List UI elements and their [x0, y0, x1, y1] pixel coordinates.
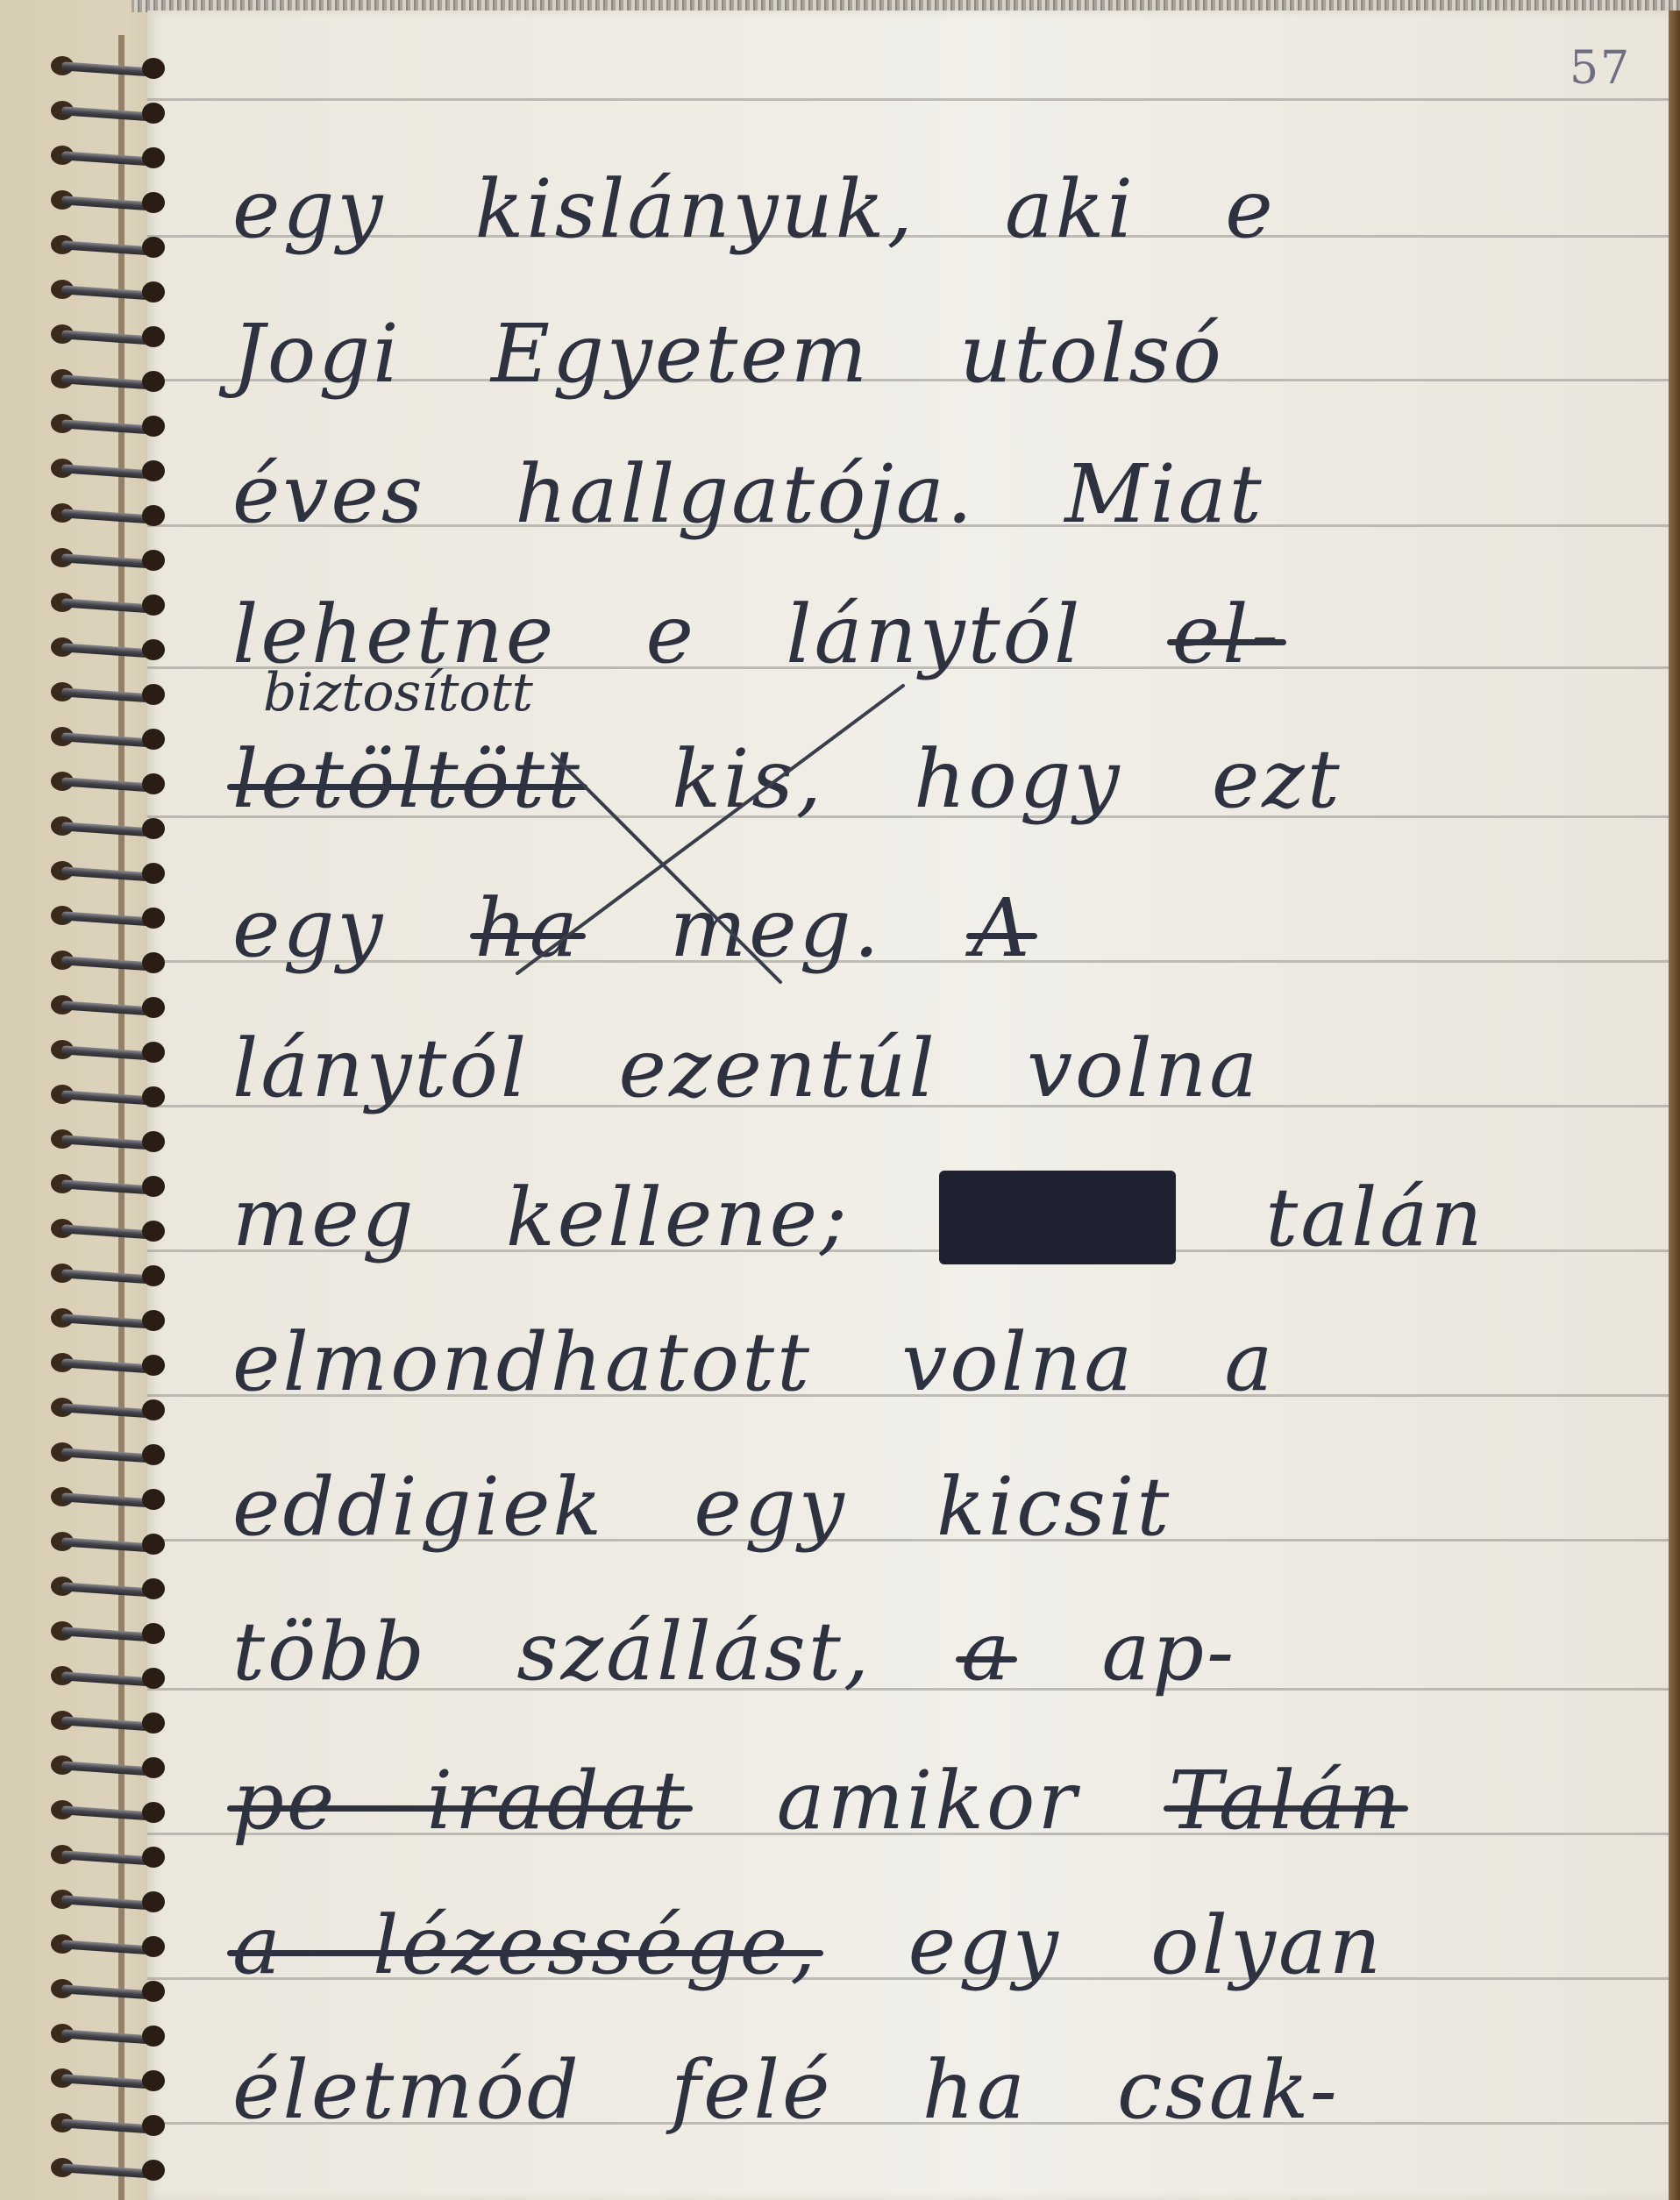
handwritten-line: éves hallgatója. Miat — [232, 447, 1635, 541]
spiral-ring — [44, 634, 175, 669]
handwritten-line: több szállást, a ap- — [232, 1605, 1635, 1698]
word: felé — [671, 2043, 832, 2137]
word: életmód — [232, 2043, 581, 2137]
handwritten-line: egy kislányuk, aki e — [232, 162, 1635, 256]
handwritten-line: lehetne e lánytól el- — [232, 587, 1635, 681]
word: utolsó — [959, 307, 1224, 401]
spiral-ring — [44, 1305, 175, 1340]
spiral-ring — [44, 455, 175, 490]
spiral-ring — [44, 1215, 175, 1250]
word: kis, — [672, 732, 824, 826]
spiral-ring — [44, 2020, 175, 2055]
word: volna — [1027, 1022, 1260, 1115]
word: ha — [922, 2043, 1028, 2137]
spiral-ring — [44, 1081, 175, 1116]
word: a — [1224, 1315, 1275, 1409]
word: egy — [908, 1898, 1061, 1992]
struck-word: a — [961, 1605, 1012, 1698]
spiral-ring — [44, 231, 175, 267]
handwritten-line: Jogi Egyetem utolsó — [232, 307, 1635, 401]
handwritten-line: meg kellene; ■■■ talán — [232, 1171, 1635, 1264]
handwritten-line: életmód felé ha csak- — [232, 2043, 1635, 2137]
desk-edge — [1669, 11, 1680, 2200]
word: ap- — [1101, 1605, 1236, 1698]
word: lánytól — [232, 1022, 529, 1115]
spiral-ring — [44, 1439, 175, 1474]
struck-word: Talán — [1169, 1754, 1404, 1848]
spiral-ring — [44, 545, 175, 580]
word: meg. — [670, 881, 882, 975]
page-number: 57 — [1570, 42, 1631, 95]
spiral-ring — [44, 1573, 175, 1608]
word: olyan — [1150, 1898, 1384, 1992]
spiral-ring — [44, 768, 175, 803]
word: kicsit — [936, 1460, 1171, 1554]
spiral-ring — [44, 187, 175, 222]
spiral-ring — [44, 1707, 175, 1742]
spiral-ring — [44, 1394, 175, 1429]
ruled-line — [147, 98, 1669, 101]
spiral-ring — [44, 679, 175, 714]
handwritten-line: elmondhatott volna a — [232, 1315, 1635, 1409]
struck-word: letöltött — [232, 732, 582, 826]
spiral-ring — [44, 902, 175, 937]
spiral-ring — [44, 410, 175, 445]
spiral-ring — [44, 1126, 175, 1161]
word: kellene; — [506, 1171, 850, 1264]
spiral-ring — [44, 2154, 175, 2189]
word: Egyetem — [491, 307, 870, 401]
spiral-ring — [44, 1528, 175, 1563]
handwritten-line: egy ha meg. A — [232, 881, 1635, 975]
spiral-ring — [44, 142, 175, 177]
spiral-ring — [44, 1752, 175, 1787]
handwritten-line: a lézessége, egy olyan — [232, 1898, 1635, 1992]
word: aki — [1005, 162, 1135, 256]
spiral-ring — [44, 276, 175, 311]
word: lehetne — [232, 587, 556, 681]
struck-word: ha — [475, 881, 580, 975]
word: e — [645, 587, 695, 681]
word: egy — [232, 162, 385, 256]
spiral-ring — [44, 1976, 175, 2011]
word: egy — [232, 881, 385, 975]
spiral-ring — [44, 2110, 175, 2145]
spiral-ring — [44, 589, 175, 624]
spiral-ring — [44, 1886, 175, 1921]
spiral-ring — [44, 97, 175, 132]
notebook-photo: 57 biztosított egy kislányuk, aki e Jogi… — [0, 0, 1680, 2200]
word: hogy — [914, 732, 1122, 826]
spiral-ring — [44, 723, 175, 758]
word: meg — [232, 1171, 416, 1264]
word: ezentúl — [619, 1022, 937, 1115]
word: lánytól — [786, 587, 1082, 681]
spiral-ring — [44, 813, 175, 848]
spiral-ring — [44, 2065, 175, 2100]
word: több — [232, 1605, 427, 1698]
spiral-binding — [44, 53, 175, 2200]
word: volna — [901, 1315, 1135, 1409]
handwritten-line: pe iradat amikor Talán — [232, 1754, 1635, 1848]
spiral-ring — [44, 53, 175, 88]
spiral-ring — [44, 1260, 175, 1295]
spiral-ring — [44, 1797, 175, 1832]
word: egy — [694, 1460, 846, 1554]
spiral-ring — [44, 1662, 175, 1698]
spiral-ring — [44, 366, 175, 401]
word: csak- — [1117, 2043, 1340, 2137]
struck-word: pe iradat — [232, 1754, 687, 1848]
word: kislányuk, — [475, 162, 915, 256]
spiral-ring — [44, 500, 175, 535]
spiral-ring — [44, 321, 175, 356]
word: eddigiek — [232, 1460, 604, 1554]
handwritten-line: letöltött kis, hogy ezt — [232, 732, 1635, 826]
word: amikor — [777, 1754, 1079, 1848]
spiral-ring — [44, 1484, 175, 1519]
word: szállást, — [516, 1605, 872, 1698]
word: e — [1225, 162, 1275, 256]
spiral-ring — [44, 1618, 175, 1653]
struck-word: el- — [1172, 587, 1281, 681]
word: ezt — [1212, 732, 1342, 826]
spiral-ring — [44, 1036, 175, 1072]
spiral-ring — [44, 1349, 175, 1385]
spiral-ring — [44, 858, 175, 893]
word: elmondhatott — [232, 1315, 812, 1409]
spiral-ring — [44, 1931, 175, 1966]
struck-word: a lézessége, — [232, 1898, 818, 1992]
struck-word: A — [972, 881, 1032, 975]
spiral-ring — [44, 992, 175, 1027]
scribbled-out-word: ■■■ — [939, 1171, 1176, 1264]
spiral-ring — [44, 947, 175, 982]
word: éves — [232, 447, 425, 541]
word: hallgatója. — [515, 447, 975, 541]
spiral-ring — [44, 1171, 175, 1206]
spiral-ring — [44, 1841, 175, 1876]
word: Jogi — [232, 307, 402, 401]
word: talán — [1265, 1171, 1484, 1264]
handwritten-line: lánytól ezentúl volna — [232, 1022, 1635, 1115]
handwritten-line: eddigiek egy kicsit — [232, 1460, 1635, 1554]
word: Miat — [1064, 447, 1264, 541]
